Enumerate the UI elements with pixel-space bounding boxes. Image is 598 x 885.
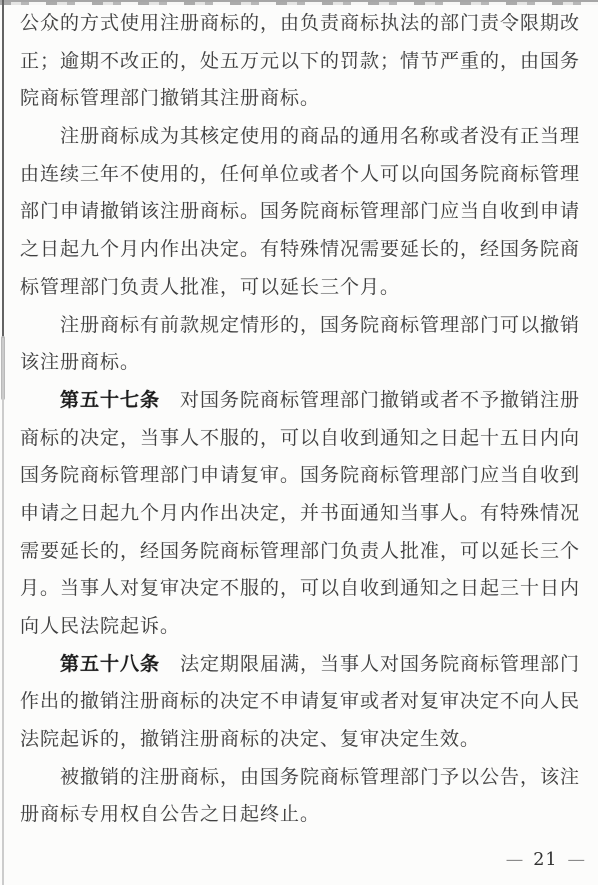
text-line: 第五十八条 法定期限届满，当事人对国务院商标管理部门: [20, 646, 579, 684]
text-line: 向人民法院起诉。: [20, 608, 579, 646]
page-footer: —21—: [506, 850, 585, 871]
left-page-edge-line-faint: [2, 338, 4, 885]
text-line: 注册商标有前款规定情形的，国务院商标管理部门可以撤销: [20, 307, 579, 345]
article-heading: 第五十七条: [60, 389, 160, 411]
footer-dash-left: —: [506, 850, 524, 870]
footer-dash-right: —: [568, 850, 586, 870]
left-page-edge-line: [2, 0, 4, 338]
text-line: 该注册商标。: [20, 344, 579, 382]
text-line: 之日起九个月内作出决定。有特殊情况需要延长的，经国务院商: [20, 231, 579, 269]
article-heading: 第五十八条: [60, 653, 160, 675]
text-line: 标管理部门负责人批准，可以延长三个月。: [20, 269, 579, 307]
text-line: 由连续三年不使用的，任何单位或者个人可以向国务院商标管理: [20, 156, 579, 194]
text-line: 法院起诉的，撤销注册商标的决定、复审决定生效。: [20, 721, 579, 759]
text-line: 院商标管理部门撤销其注册商标。: [20, 80, 579, 118]
document-body: 公众的方式使用注册商标的，由负责商标执法的部门责令限期改正；逾期不改正的，处五万…: [20, 5, 579, 834]
text-line: 国务院商标管理部门申请复审。国务院商标管理部门应当自收到: [20, 457, 579, 495]
text-line: 被撤销的注册商标，由国务院商标管理部门予以公告，该注: [20, 759, 579, 797]
text-line: 月。当事人对复审决定不服的，可以自收到通知之日起三十日内: [20, 570, 579, 608]
text-line: 正；逾期不改正的，处五万元以下的罚款；情节严重的，由国务: [20, 43, 579, 81]
text-line: 商标的决定，当事人不服的，可以自收到通知之日起十五日内向: [20, 420, 579, 458]
text-line: 申请之日起九个月内作出决定，并书面通知当事人。有特殊情况: [20, 495, 579, 533]
scanned-document-page: 公众的方式使用注册商标的，由负责商标执法的部门责令限期改正；逾期不改正的，处五万…: [0, 0, 598, 885]
text-line: 需要延长的，经国务院商标管理部门负责人批准，可以延长三个: [20, 533, 579, 571]
text-line: 部门申请撤销该注册商标。国务院商标管理部门应当自收到申请: [20, 193, 579, 231]
text-line: 作出的撤销注册商标的决定不申请复审或者对复审决定不向人民: [20, 683, 579, 721]
text-line: 公众的方式使用注册商标的，由负责商标执法的部门责令限期改: [20, 5, 579, 43]
text-line: 注册商标成为其核定使用的商品的通用名称或者没有正当理: [20, 118, 579, 156]
text-line: 册商标专用权自公告之日起终止。: [20, 796, 579, 834]
text-line: 第五十七条 对国务院商标管理部门撤销或者不予撤销注册: [20, 382, 579, 420]
page-number: 21: [533, 850, 557, 870]
